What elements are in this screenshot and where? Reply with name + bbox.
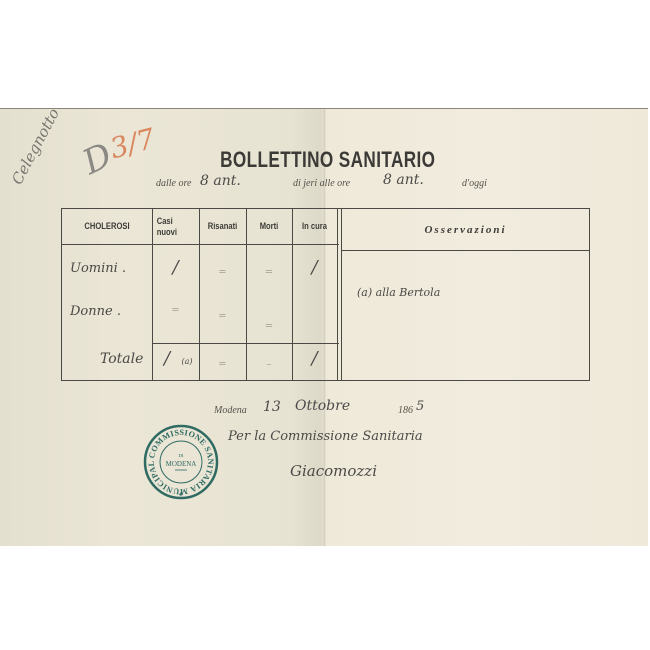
header-osservazioni: Osservazioni xyxy=(342,209,589,250)
row-label-uomini: Uomini . xyxy=(70,261,126,276)
date-day: 13 xyxy=(263,399,281,415)
stamp-center-text: MODENA xyxy=(166,460,197,468)
stamp-center-top: DI xyxy=(179,453,184,458)
cell-totale-in-cura: / xyxy=(292,348,337,369)
cell-donne-morti: = xyxy=(246,321,292,332)
signature-name: Giacomozzi xyxy=(290,462,377,480)
place-label: Modena xyxy=(214,405,247,416)
date-month: Ottobre xyxy=(295,398,350,414)
col-divider xyxy=(246,209,247,380)
cholera-table: CHOLEROSI Casi nuovi Risanati Morti In c… xyxy=(61,208,590,381)
cell-uomini-in-cura: / xyxy=(292,257,337,278)
cell-totale-casi-nuovi-note: (a) xyxy=(177,357,197,366)
header-in-cura: In cura xyxy=(297,209,333,244)
municipal-stamp-seal-icon: COMMISSIONE SANITARIA MUNICIPALE DI MODE… xyxy=(143,424,219,500)
col-divider xyxy=(199,209,200,380)
cell-uomini-morti: = xyxy=(246,267,292,278)
cell-totale-morti: – xyxy=(246,359,292,370)
header-risanati: Risanati xyxy=(204,209,242,244)
document-paper: Celegnotto alli Vivoli D 3/7 BOLLETTINO … xyxy=(0,108,648,546)
total-rule xyxy=(152,343,339,344)
cell-totale-risanati: = xyxy=(199,359,246,370)
year-suffix: 5 xyxy=(416,399,424,414)
cell-donne-casi-nuovi: = xyxy=(152,305,199,316)
col-divider xyxy=(337,209,338,380)
period-from-label: dalle ore xyxy=(156,178,191,189)
header-rule-observations xyxy=(342,250,589,251)
row-label-totale: Totale xyxy=(100,351,143,367)
cell-uomini-casi-nuovi: / xyxy=(152,257,199,278)
observations-text: (a) alla Bertola xyxy=(357,286,440,299)
period-from-value: 8 ant. xyxy=(200,173,241,189)
svg-text:♣: ♣ xyxy=(179,492,183,498)
header-rule xyxy=(62,244,339,245)
year-prefix: 186 xyxy=(398,405,413,416)
cell-uomini-risanati: = xyxy=(199,267,246,278)
document-title: BOLLETTINO SANITARIO xyxy=(72,147,584,173)
period-to-suffix: d'oggi xyxy=(462,178,487,189)
header-morti: Morti xyxy=(251,209,288,244)
period-to-value: 8 ant. xyxy=(383,172,424,188)
cell-donne-risanati: = xyxy=(199,311,246,322)
row-label-donne: Donne . xyxy=(70,304,121,319)
signature-line: Per la Commissione Sanitaria xyxy=(228,429,423,444)
period-from-suffix: di jeri alle ore xyxy=(293,178,350,189)
header-cholerosi: CHOLEROSI xyxy=(71,209,143,244)
header-casi-nuovi: Casi nuovi xyxy=(157,209,195,244)
